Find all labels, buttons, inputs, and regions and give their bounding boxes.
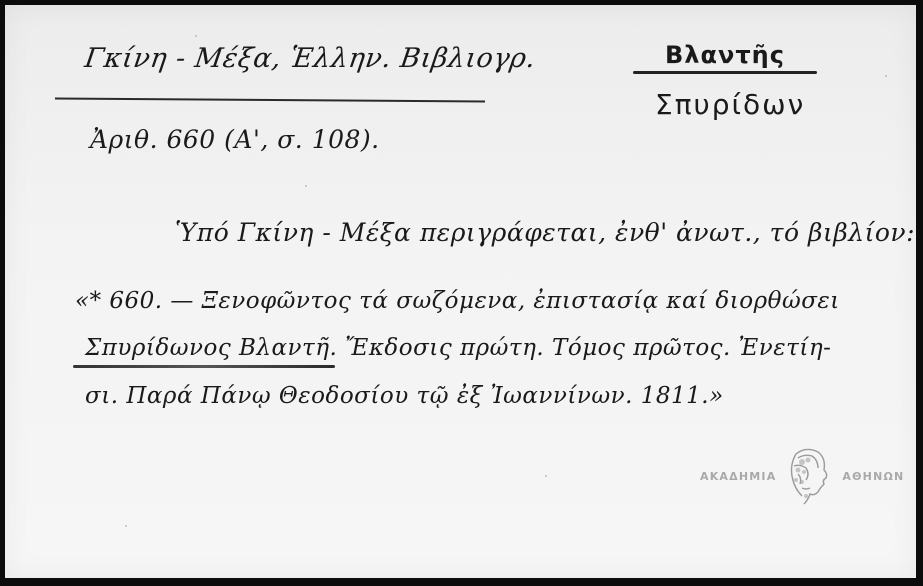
body-line-4: σι. Παρά Πάνῳ Θεοδοσίου τῷ ἐξ Ἰωαννίνων.…	[85, 383, 724, 409]
body-line-3: Σπυρίδωνος Βλαντῆ. Ἔκδοσις πρώτη. Τόμος …	[85, 335, 831, 361]
paper-speck	[545, 475, 547, 477]
paper-speck	[305, 185, 307, 187]
paper-speck	[885, 75, 887, 77]
body-line-2: «* 660. — Ξενοφῶντος τά σωζόμενα, ἐπιστα…	[75, 288, 840, 314]
heading-surname: Βλαντῆς	[665, 41, 785, 69]
paper-speck	[195, 35, 197, 37]
source-title: Γκίνη - Μέξα, Ἑλλην. Βιβλιογρ.	[83, 43, 538, 74]
index-card: Γκίνη - Μέξα, Ἑλλην. Βιβλιογρ. Ἀριθ. 660…	[5, 5, 916, 578]
body-line-1: Ὑπό Γκίνη - Μέξα περιγράφεται, ἐνθ' ἀνωτ…	[175, 218, 915, 247]
heading-first-name: Σπυρίδων	[655, 88, 805, 121]
watermark-left-text: ΑΚΑΔΗΜΙΑ	[700, 470, 776, 483]
source-divider	[55, 97, 485, 102]
paper-speck	[125, 525, 127, 527]
academy-watermark: ΑΚΑΔΗΜΙΑ ΑΘΗΝΩΝ	[700, 440, 920, 512]
name-underline	[73, 365, 335, 368]
source-reference: Ἀριθ. 660 (Α', σ. 108).	[90, 125, 380, 154]
watermark-right-text: ΑΘΗΝΩΝ	[842, 470, 904, 483]
heading-divider	[633, 71, 817, 74]
athena-head-icon	[784, 444, 834, 508]
